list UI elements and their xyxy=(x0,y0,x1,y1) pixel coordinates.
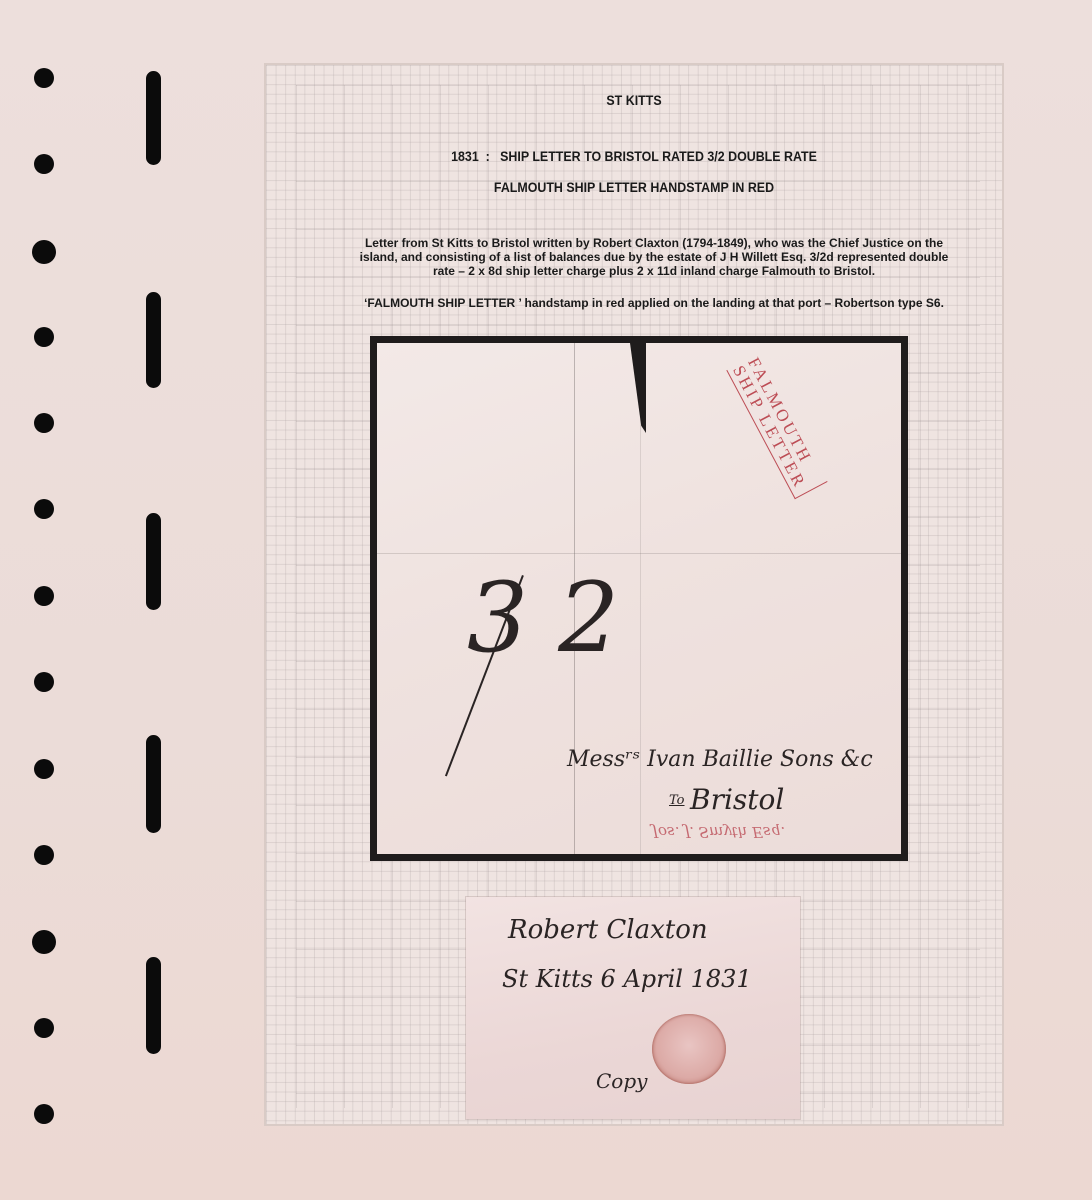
binder-hole xyxy=(34,672,54,692)
binder-hole xyxy=(34,1104,54,1124)
cover-mount: FALMOUTH SHIP LETTER 32 Messʳˢ Ivan Bail… xyxy=(370,336,908,861)
binder-hole xyxy=(34,586,54,606)
fragment-line-3: Copy xyxy=(596,1069,647,1093)
wax-seal xyxy=(652,1014,726,1084)
binder-hole xyxy=(34,413,54,433)
binder-hole xyxy=(34,68,54,88)
address-line-1: Messʳˢ Ivan Baillie Sons &c xyxy=(567,747,873,772)
red-docket: Jos. J. Smyth Esq. xyxy=(652,823,785,841)
binder-hole xyxy=(34,499,54,519)
signature-fragment: Robert Claxton St Kitts 6 April 1831 Cop… xyxy=(466,897,800,1119)
binder-hole xyxy=(32,930,56,954)
fold-line xyxy=(377,553,901,554)
description-line: rate – 2 x 8d ship letter charge plus 2 … xyxy=(334,264,974,278)
binder-hole xyxy=(34,845,54,865)
binder-slot xyxy=(146,957,161,1054)
falmouth-ship-letter-handstamp: FALMOUTH SHIP LETTER xyxy=(726,353,827,499)
binder-hole xyxy=(34,154,54,174)
address-line-2: Bristol xyxy=(690,783,784,816)
binder-hole xyxy=(32,240,56,264)
binder-slot xyxy=(146,735,161,833)
description: Letter from St Kitts to Bristol written … xyxy=(334,236,974,278)
handstamp-note: ‘FALMOUTH SHIP LETTER ’ handstamp in red… xyxy=(334,296,974,310)
binder-hole xyxy=(34,759,54,779)
binder-slot xyxy=(146,71,161,165)
binder-hole xyxy=(34,1018,54,1038)
fragment-line-2: St Kitts 6 April 1831 xyxy=(502,965,752,993)
binder-slot xyxy=(146,292,161,388)
page-subtitle-2: FALMOUTH SHIP LETTER HANDSTAMP IN RED xyxy=(294,180,975,195)
description-line: island, and consisting of a list of bala… xyxy=(334,250,974,264)
binder-slot xyxy=(146,513,161,610)
address-prefix: To xyxy=(669,793,685,808)
page-title: ST KITTS xyxy=(294,93,975,108)
binder-hole xyxy=(34,327,54,347)
description-line: Letter from St Kitts to Bristol written … xyxy=(334,236,974,250)
entire-letter-cover: FALMOUTH SHIP LETTER 32 Messʳˢ Ivan Bail… xyxy=(377,343,901,854)
page-subtitle: 1831 : SHIP LETTER TO BRISTOL RATED 3/2 … xyxy=(294,149,975,164)
fragment-line-1: Robert Claxton xyxy=(508,915,708,945)
cover-notch xyxy=(630,343,646,433)
